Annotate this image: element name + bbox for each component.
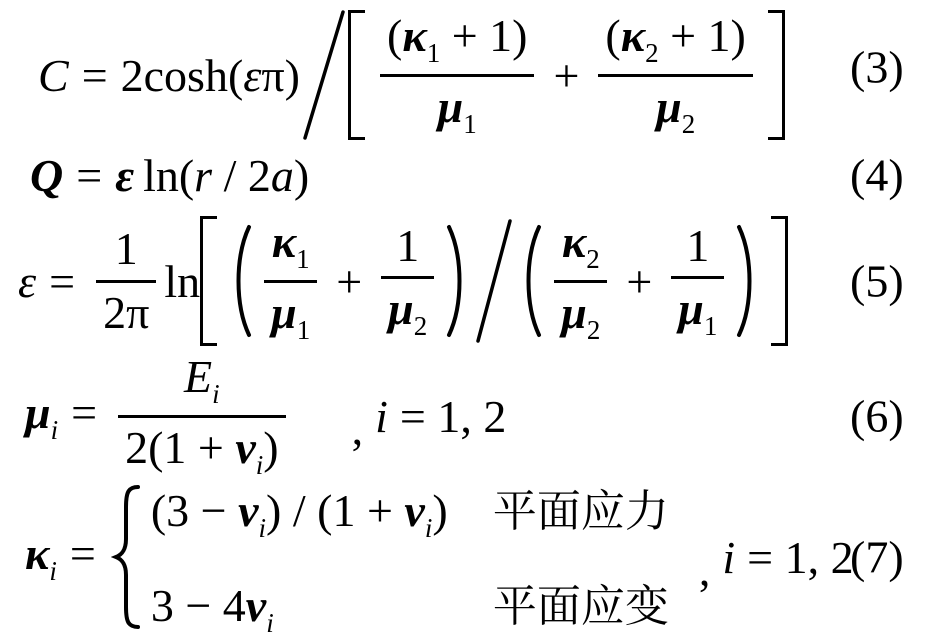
- equation-number: (3): [850, 40, 904, 93]
- cosh-function: 2cosh(: [121, 50, 244, 101]
- left-paren-icon: [227, 223, 253, 339]
- mu-symbol: μ: [438, 81, 464, 132]
- variable-r: r: [194, 150, 212, 201]
- nu-symbol: ν: [246, 580, 266, 631]
- epsilon-symbol: ε: [243, 50, 261, 101]
- big-division-slash-icon: [300, 9, 348, 141]
- case-row-plane-strain: 3 − 4νi 平面应变: [151, 570, 669, 632]
- epsilon-symbol: ε: [18, 256, 36, 307]
- slash-open-1-plus: ) / (1 +: [266, 485, 404, 536]
- fraction-bar: [118, 415, 286, 418]
- equation-number: (4): [850, 149, 904, 202]
- digit-1: 1: [396, 220, 419, 271]
- fraction-bar: [264, 280, 317, 283]
- fraction-numerator: 1: [679, 220, 716, 273]
- subscript-i: i: [51, 415, 59, 445]
- variable-a: a: [271, 150, 294, 201]
- fraction-denominator: 2π: [96, 287, 156, 340]
- fraction-numerator: (κ2 + 1): [598, 10, 752, 69]
- two-open: 2(1 +: [125, 422, 235, 473]
- fraction-denominator: μ1: [264, 287, 317, 346]
- right-paren-icon: [445, 223, 471, 339]
- fraction-denominator: μ2: [554, 287, 607, 346]
- variable-Q: Q: [30, 150, 63, 201]
- index-values: = 1, 2: [747, 531, 853, 584]
- index-values: = 1, 2: [400, 390, 506, 443]
- equals-sign: =: [49, 256, 75, 307]
- equations-panel: C=2cosh(επ) (κ1 + 1) μ1 + (κ2 + 1) μ2 (3…: [0, 0, 938, 632]
- plus-sign: +: [626, 255, 652, 308]
- index-variable: i: [722, 531, 735, 584]
- fraction-bar: [671, 276, 724, 279]
- subscript-1: 1: [704, 311, 718, 341]
- equation-5: ε= 1 2π ln κ1 μ1 + 1 μ2 κ2 μ2 + 1: [0, 212, 938, 350]
- eq6-lhs-expression: μi=: [25, 386, 110, 446]
- digit-1: 1: [115, 223, 138, 274]
- kappa-symbol: κ: [402, 10, 426, 61]
- nu-symbol: ν: [235, 422, 255, 473]
- fraction-1-mu2: 1 μ2: [381, 220, 434, 343]
- eq3-lhs-expression: C=2cosh(επ): [38, 49, 300, 102]
- equation-number: (7): [850, 531, 904, 584]
- subscript-2: 2: [587, 315, 601, 345]
- open-3-minus: (3 −: [151, 485, 238, 536]
- close-paren: ): [432, 485, 447, 536]
- fraction-numerator: 1: [389, 220, 426, 273]
- fraction-numerator: κ2: [555, 216, 607, 275]
- mu-symbol: μ: [25, 387, 51, 438]
- digit-1: 1: [686, 220, 709, 271]
- left-square-bracket: [348, 10, 365, 140]
- variable-C: C: [38, 50, 69, 101]
- fraction-denominator: μ2: [649, 81, 702, 140]
- subscript-i: i: [49, 556, 57, 586]
- subscript-1: 1: [463, 109, 477, 139]
- subscript-1: 1: [297, 315, 311, 345]
- equation-4: Q=εln(r / 2a) (4): [0, 146, 938, 204]
- plus-sign: +: [553, 49, 579, 102]
- fraction-denominator: 2(1 + νi): [118, 422, 286, 481]
- case-row-plane-stress: (3 − νi) / (1 + νi) 平面应力: [151, 475, 669, 544]
- subscript-i: i: [259, 513, 267, 543]
- right-square-bracket: [768, 10, 785, 140]
- kappa-symbol: κ: [272, 216, 296, 267]
- fraction-denominator: μ1: [671, 283, 724, 342]
- fraction-numerator: κ1: [265, 216, 317, 275]
- plus-sign: +: [336, 255, 362, 308]
- equation-7: κi= (3 − νi) / (1 + νi) 平面应力 3 − 4νi 平面应…: [0, 482, 938, 632]
- fraction-numerator: (κ1 + 1): [380, 10, 534, 69]
- epsilon-symbol: ε: [115, 150, 134, 201]
- fraction-kappa1: (κ1 + 1) μ1: [380, 10, 534, 139]
- subscript-1: 1: [427, 38, 441, 68]
- equation-6: μi= Ei 2(1 + νi) , i = 1, 2 (6): [0, 356, 938, 476]
- fraction-kappa2-mu2: κ2 μ2: [554, 216, 607, 345]
- case2-formula: 3 − 4νi: [151, 579, 493, 632]
- fraction-bar: [598, 74, 752, 77]
- close-paren: ): [285, 50, 300, 101]
- right-square-bracket: [771, 216, 788, 346]
- fraction-1-mu1: 1 μ1: [671, 220, 724, 343]
- fraction-denominator: μ2: [381, 283, 434, 342]
- plus-one-paren: + 1): [440, 10, 527, 61]
- case1-formula: (3 − νi) / (1 + νi): [151, 484, 493, 544]
- equation-3: C=2cosh(επ) (κ1 + 1) μ1 + (κ2 + 1) μ2 (3…: [0, 6, 938, 144]
- left-brace-icon: [111, 483, 141, 631]
- ln-function: ln: [164, 255, 200, 308]
- plane-strain-label: 平面应变: [493, 570, 669, 632]
- fraction-Ei: Ei 2(1 + νi): [118, 351, 286, 480]
- slash: /: [212, 150, 248, 201]
- subscript-i: i: [266, 608, 274, 632]
- eq4-expression: Q=εln(r / 2a): [30, 149, 309, 202]
- subscript-2: 2: [586, 244, 600, 274]
- index-variable: i: [375, 390, 388, 443]
- eq7-lhs-expression: κi=: [25, 527, 109, 587]
- mu-symbol: μ: [678, 283, 704, 334]
- left-paren-icon: [517, 223, 543, 339]
- fraction-bar: [380, 74, 534, 77]
- plus-one-paren: + 1): [659, 10, 746, 61]
- right-paren-icon: [735, 223, 761, 339]
- big-division-slash-icon: [474, 218, 514, 344]
- subscript-1: 1: [296, 244, 310, 274]
- kappa-symbol: κ: [25, 528, 49, 579]
- open-paren: (: [387, 10, 402, 61]
- fraction-bar: [554, 280, 607, 283]
- equation-number: (5): [850, 255, 904, 308]
- fraction-kappa1-mu1: κ1 μ1: [264, 216, 317, 345]
- fraction-denominator: μ1: [431, 81, 484, 140]
- subscript-2: 2: [682, 109, 696, 139]
- 3-minus-4: 3 − 4: [151, 580, 246, 631]
- mu-symbol: μ: [561, 287, 587, 338]
- case-stack: (3 − νi) / (1 + νi) 平面应力 3 − 4νi 平面应变: [151, 475, 669, 632]
- fraction-numerator: Ei: [177, 351, 227, 410]
- subscript-2: 2: [414, 311, 428, 341]
- mu-symbol: μ: [388, 283, 414, 334]
- two-pi: 2π: [103, 287, 149, 338]
- left-square-bracket: [200, 216, 217, 346]
- fraction-bar: [96, 280, 156, 283]
- kappa-symbol: κ: [562, 216, 586, 267]
- pi-symbol: π: [261, 50, 284, 101]
- equals-sign: =: [76, 150, 102, 201]
- equals-sign: =: [70, 528, 96, 579]
- eq5-lhs-expression: ε=: [18, 255, 88, 308]
- subscript-i: i: [212, 379, 220, 409]
- nu-symbol: ν: [238, 485, 258, 536]
- open-paren: (: [605, 10, 620, 61]
- equation-number: (6): [850, 390, 904, 443]
- comma: ,: [699, 543, 711, 596]
- fraction-1-over-2pi: 1 2π: [96, 223, 156, 340]
- close-paren: ): [294, 150, 309, 201]
- fraction-numerator: 1: [108, 223, 145, 276]
- close-paren: ): [263, 422, 278, 473]
- plane-stress-label: 平面应力: [493, 475, 669, 539]
- nu-symbol: ν: [404, 485, 424, 536]
- equals-sign: =: [71, 387, 97, 438]
- equals-sign: =: [82, 50, 108, 101]
- fraction-bar: [381, 276, 434, 279]
- comma: ,: [352, 402, 364, 455]
- variable-E: E: [184, 351, 212, 402]
- mu-symbol: μ: [271, 287, 297, 338]
- digit-2: 2: [248, 150, 271, 201]
- ln-function: ln(: [143, 150, 194, 201]
- kappa-symbol: κ: [621, 10, 645, 61]
- mu-symbol: μ: [656, 81, 682, 132]
- subscript-2: 2: [645, 38, 659, 68]
- fraction-kappa2: (κ2 + 1) μ2: [598, 10, 752, 139]
